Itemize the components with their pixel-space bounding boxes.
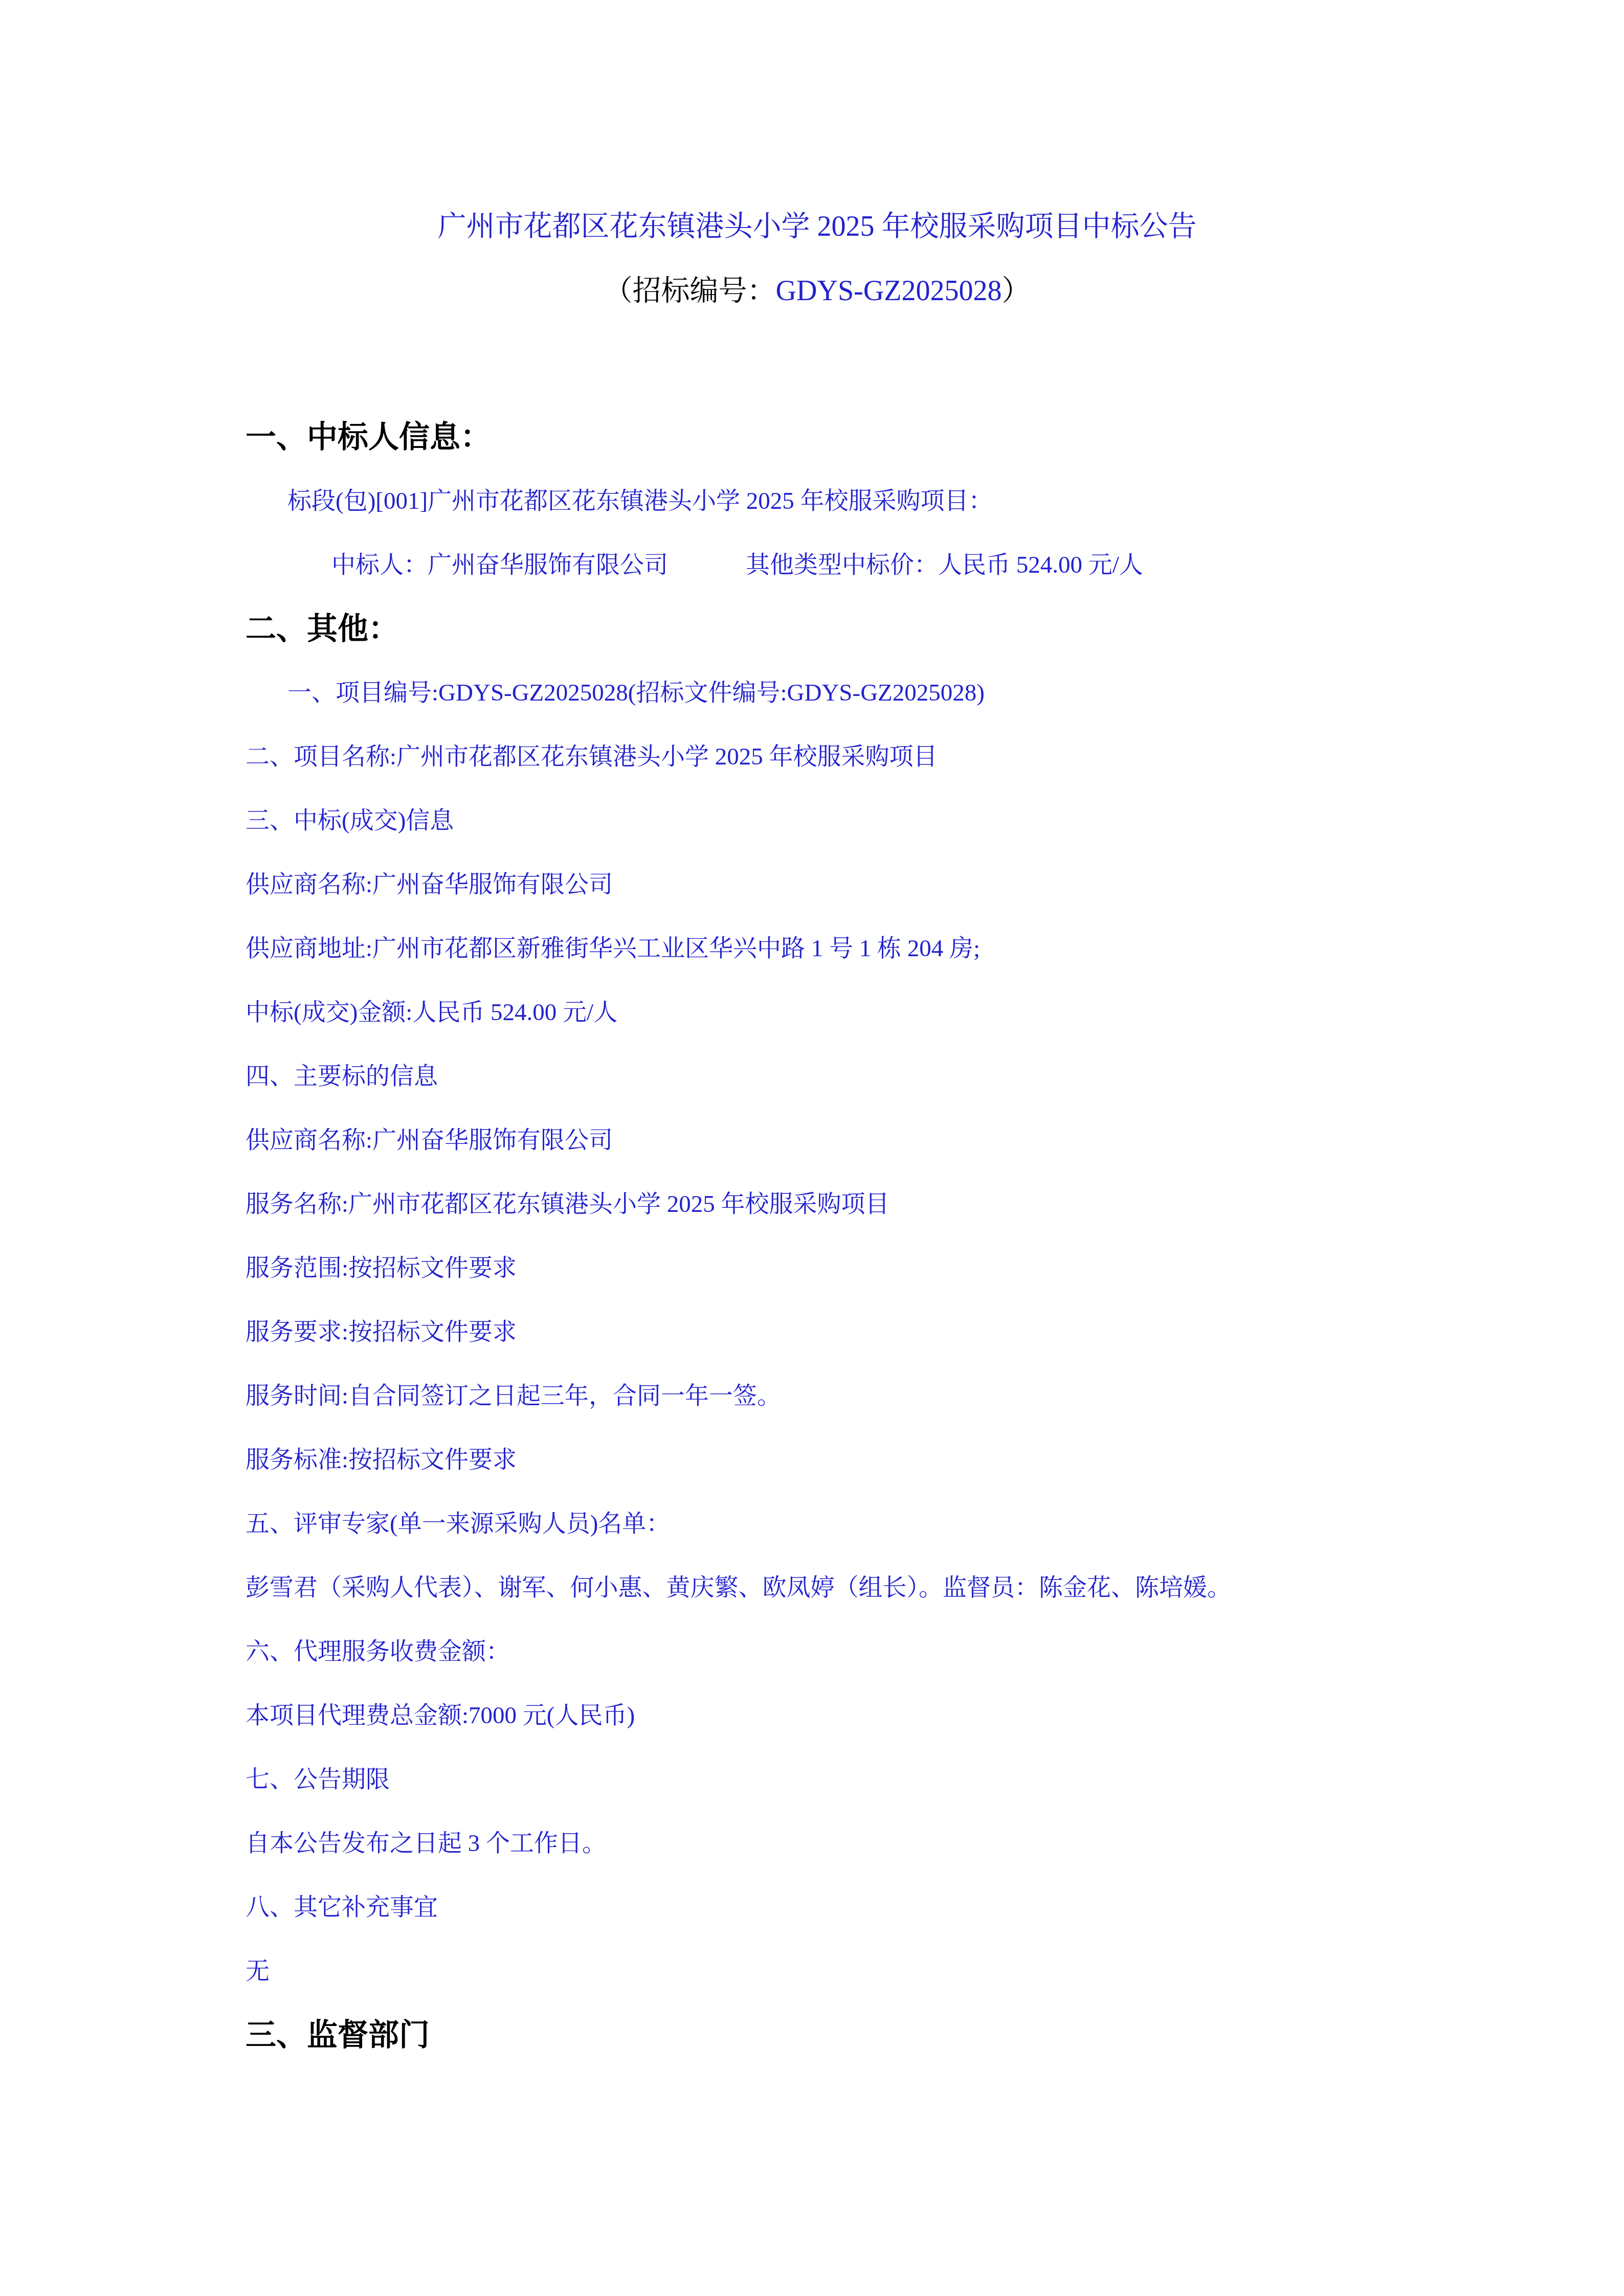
section-heading-other: 二、其他： xyxy=(246,597,1389,661)
tender-number-prefix: （招标编号： xyxy=(604,275,776,307)
tender-number-code: GDYS-GZ2025028 xyxy=(776,275,1002,307)
line-award-amount: 中标(成交)金额:人民币 524.00 元/人 xyxy=(246,981,1389,1045)
tender-number-subtitle: （招标编号：GDYS-GZ2025028） xyxy=(246,259,1389,323)
line-subject-info-subheading: 四、主要标的信息 xyxy=(246,1045,1389,1109)
line-award-info-subheading: 三、中标(成交)信息 xyxy=(246,789,1389,853)
line-service-time: 服务时间:自合同签订之日起三年，合同一年一签。 xyxy=(246,1364,1389,1428)
line-service-name: 服务名称:广州市花都区花东镇港头小学 2025 年校服采购项目 xyxy=(246,1173,1389,1236)
line-announcement-period: 自本公告发布之日起 3 个工作日。 xyxy=(246,1812,1389,1876)
line-agency-fee-amount: 本项目代理费总金额:7000 元(人民币) xyxy=(246,1684,1389,1748)
blank-gap xyxy=(246,323,1389,406)
line-service-scope: 服务范围:按招标文件要求 xyxy=(246,1236,1389,1300)
line-announcement-period-subheading: 七、公告期限 xyxy=(246,1748,1389,1812)
section-heading-winner-info: 一、中标人信息： xyxy=(246,406,1389,469)
section-heading-supervision: 三、监督部门 xyxy=(246,2004,1389,2067)
line-supplement-subheading: 八、其它补充事宜 xyxy=(246,1876,1389,1940)
line-service-requirement: 服务要求:按招标文件要求 xyxy=(246,1300,1389,1364)
line-agency-fee-subheading: 六、代理服务收费金额： xyxy=(246,1620,1389,1684)
line-supplement-none: 无 xyxy=(246,1940,1389,2004)
announcement-title: 广州市花都区花东镇港头小学 2025 年校服采购项目中标公告 xyxy=(246,194,1389,259)
line-supplier-address: 供应商地址:广州市花都区新雅街华兴工业区华兴中路 1 号 1 栋 204 房; xyxy=(246,917,1389,981)
line-project-name: 二、项目名称:广州市花都区花东镇港头小学 2025 年校服采购项目 xyxy=(246,725,1389,789)
line-supplier-name: 供应商名称:广州奋华服饰有限公司 xyxy=(246,853,1389,917)
line-supplier-name-2: 供应商名称:广州奋华服饰有限公司 xyxy=(246,1109,1389,1173)
document-content: 广州市花都区花东镇港头小学 2025 年校服采购项目中标公告 （招标编号：GDY… xyxy=(0,0,1624,2067)
tender-number-suffix: ） xyxy=(1002,275,1030,307)
line-winner-and-price: 中标人：广州奋华服饰有限公司其他类型中标价：人民币 524.00 元/人 xyxy=(246,533,1389,597)
winner-name-text: 中标人：广州奋华服饰有限公司 xyxy=(331,552,668,578)
line-project-number: 一、项目编号:GDYS-GZ2025028(招标文件编号:GDYS-GZ2025… xyxy=(246,661,1389,725)
line-experts-subheading: 五、评审专家(单一来源采购人员)名单： xyxy=(246,1492,1389,1556)
line-experts-names: 彭雪君（采购人代表）、谢军、何小惠、黄庆繁、欧凤婷（组长）。监督员：陈金花、陈培… xyxy=(246,1556,1389,1620)
winner-price-text: 其他类型中标价：人民币 524.00 元/人 xyxy=(746,552,1143,578)
line-lot-project: 标段(包)[001]广州市花都区花东镇港头小学 2025 年校服采购项目： xyxy=(246,469,1389,533)
document-page: 广州市花都区花东镇港头小学 2025 年校服采购项目中标公告 （招标编号：GDY… xyxy=(0,0,1624,2296)
line-service-standard: 服务标准:按招标文件要求 xyxy=(246,1428,1389,1492)
